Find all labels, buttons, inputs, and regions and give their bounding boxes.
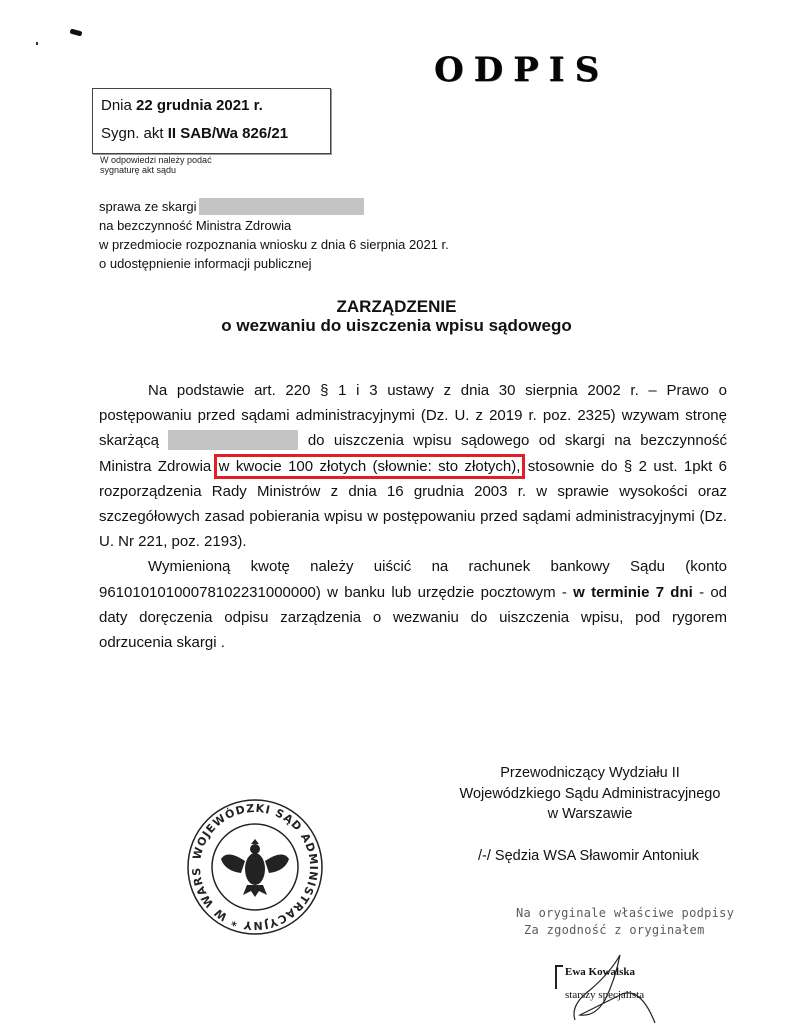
odpis-stamp: ODPIS [434, 50, 609, 90]
signature-line: w Warszawie [420, 804, 760, 825]
reply-note-line: sygnaturę akt sądu [100, 165, 212, 175]
certification-line: Za zgodność z oryginałem [516, 922, 734, 939]
redacted-name [168, 430, 298, 450]
reference-line: Sygn. akt II SAB/Wa 826/21 [101, 125, 288, 142]
court-seal-icon: WOJEWÓDZKI SĄD ADMINISTRACYJNY * W WARSZ… [185, 797, 325, 937]
title-main: ZARZĄDZENIE [0, 297, 793, 316]
date-line: Dnia 22 grudnia 2021 r. [101, 97, 263, 114]
reference-label: Sygn. akt [101, 125, 164, 142]
deadline-text: w terminie 7 dni [573, 584, 693, 601]
case-complainant-label: sprawa ze skargi [99, 199, 197, 214]
document-title: ZARZĄDZENIE o wezwaniu do uiszczenia wpi… [0, 297, 793, 335]
highlighted-amount: w kwocie 100 złotych (słownie: sto złoty… [218, 458, 522, 475]
scan-speck [36, 42, 38, 45]
case-line: o udostępnienie informacji publicznej [99, 254, 449, 273]
signature-line: Przewodniczący Wydziału II [420, 763, 760, 784]
date-label: Dnia [101, 97, 132, 114]
document-body: Na podstawie art. 220 § 1 i 3 ustawy z d… [99, 378, 727, 655]
certification-stamp: Na oryginale właściwe podpisy Za zgodnoś… [516, 905, 734, 939]
paragraph-2: Wymienioną kwotę należy uiścić na rachun… [99, 554, 727, 655]
case-line: na bezczynność Ministra Zdrowia [99, 216, 449, 235]
judge-name: /-/ Sędzia WSA Sławomir Antoniuk [478, 848, 699, 864]
reply-note: W odpowiedzi należy podać sygnaturę akt … [100, 155, 212, 175]
handwritten-signature-icon [560, 945, 680, 1024]
title-sub: o wezwaniu do uiszczenia wpisu sądowego [0, 316, 793, 335]
case-line: sprawa ze skargi [99, 197, 449, 216]
scan-speck [70, 29, 83, 37]
signature-line: Wojewódzkiego Sądu Administracyjnego [420, 784, 760, 805]
paragraph-1: Na podstawie art. 220 § 1 i 3 ustawy z d… [99, 378, 727, 554]
case-line: w przedmiocie rozpoznania wniosku z dnia… [99, 235, 449, 254]
case-info: sprawa ze skargi na bezczynność Ministra… [99, 197, 449, 273]
signature-block: Przewodniczący Wydziału II Wojewódzkiego… [420, 763, 760, 825]
certification-line: Na oryginale właściwe podpisy [516, 905, 734, 922]
redacted-name [199, 198, 364, 215]
date-value: 22 grudnia 2021 r. [136, 97, 263, 114]
reference-box: Dnia 22 grudnia 2021 r. Sygn. akt II SAB… [92, 88, 331, 154]
reply-note-line: W odpowiedzi należy podać [100, 155, 212, 165]
reference-value: II SAB/Wa 826/21 [168, 125, 288, 142]
